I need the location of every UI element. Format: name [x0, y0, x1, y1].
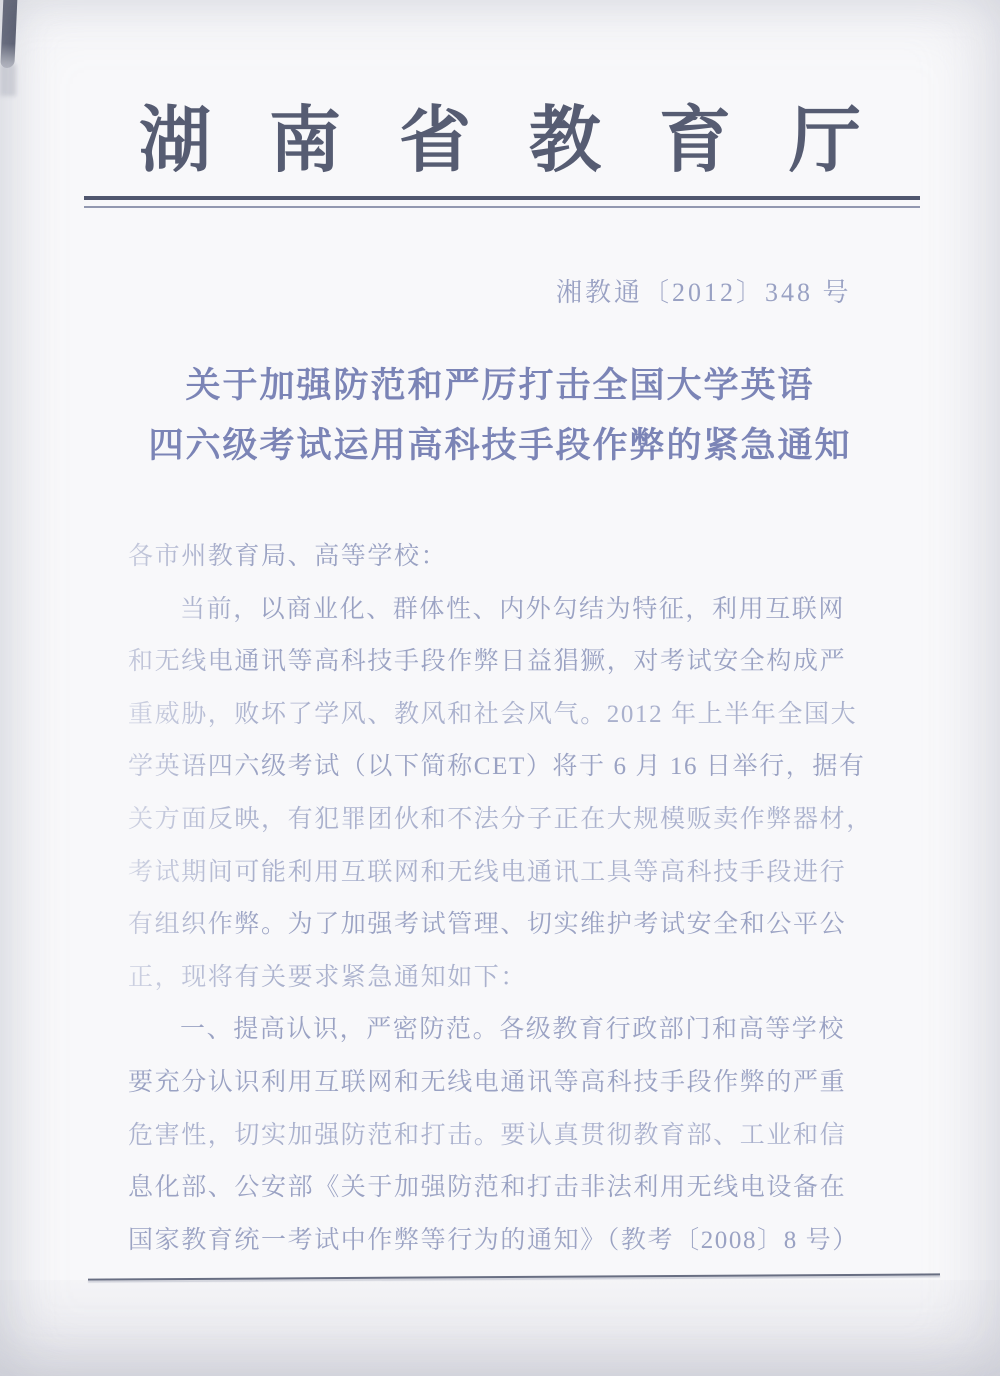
body-line: 一、提高认识，严密防范。各级教育行政部门和高等学校 [128, 1004, 888, 1057]
body-line: 危害性，切实加强防范和打击。要认真贯彻教育部、工业和信 [128, 1110, 888, 1163]
body-line: 要充分认识利用互联网和无线电通讯等高科技手段作弊的严重 [128, 1057, 888, 1110]
body-line: 和无线电通讯等高科技手段作弊日益猖獗，对考试安全构成严 [128, 636, 888, 689]
scan-shading-bottom [0, 1280, 1000, 1376]
document-title: 关于加强防范和严厉打击全国大学英语 四六级考试运用高科技手段作弊的紧急通知 [0, 356, 1000, 476]
document-body: 各市州教育局、高等学校： 当前，以商业化、群体性、内外勾结为特征，利用互联网 和… [128, 531, 888, 1267]
salutation: 各市州教育局、高等学校： [128, 531, 888, 584]
body-line: 当前，以商业化、群体性、内外勾结为特征，利用互联网 [128, 584, 888, 637]
document-title-line-2: 四六级考试运用高科技手段作弊的紧急通知 [0, 416, 1000, 476]
document-page: 湖南省教育厅 湘教通〔2012〕348 号 关于加强防范和严厉打击全国大学英语 … [0, 0, 1000, 1376]
header-rule-thin [84, 206, 920, 208]
agency-name: 湖南省教育厅 [0, 82, 1000, 186]
header-rule-thick [84, 196, 920, 200]
body-line: 学英语四六级考试（以下简称CET）将于 6 月 16 日举行，据有 [128, 741, 888, 794]
document-title-line-1: 关于加强防范和严厉打击全国大学英语 [0, 356, 1000, 416]
body-line: 国家教育统一考试中作弊等行为的通知》（教考〔2008〕8 号） [128, 1215, 888, 1268]
body-line: 正，现将有关要求紧急通知如下： [128, 952, 888, 1005]
body-line: 重威胁，败坏了学风、教风和社会风气。2012 年上半年全国大 [128, 689, 888, 742]
body-line: 考试期间可能利用互联网和无线电通讯工具等高科技手段进行 [128, 847, 888, 900]
body-line: 息化部、公安部《关于加强防范和打击非法利用无线电设备在 [128, 1162, 888, 1215]
body-line: 关方面反映，有犯罪团伙和不法分子正在大规模贩卖作弊器材， [128, 794, 888, 847]
body-line: 有组织作弊。为了加强考试管理、切实维护考试安全和公平公 [128, 899, 888, 952]
document-number: 湘教通〔2012〕348 号 [556, 272, 852, 309]
bottom-rule [88, 1273, 940, 1280]
scan-artifact-corner [0, 0, 17, 68]
